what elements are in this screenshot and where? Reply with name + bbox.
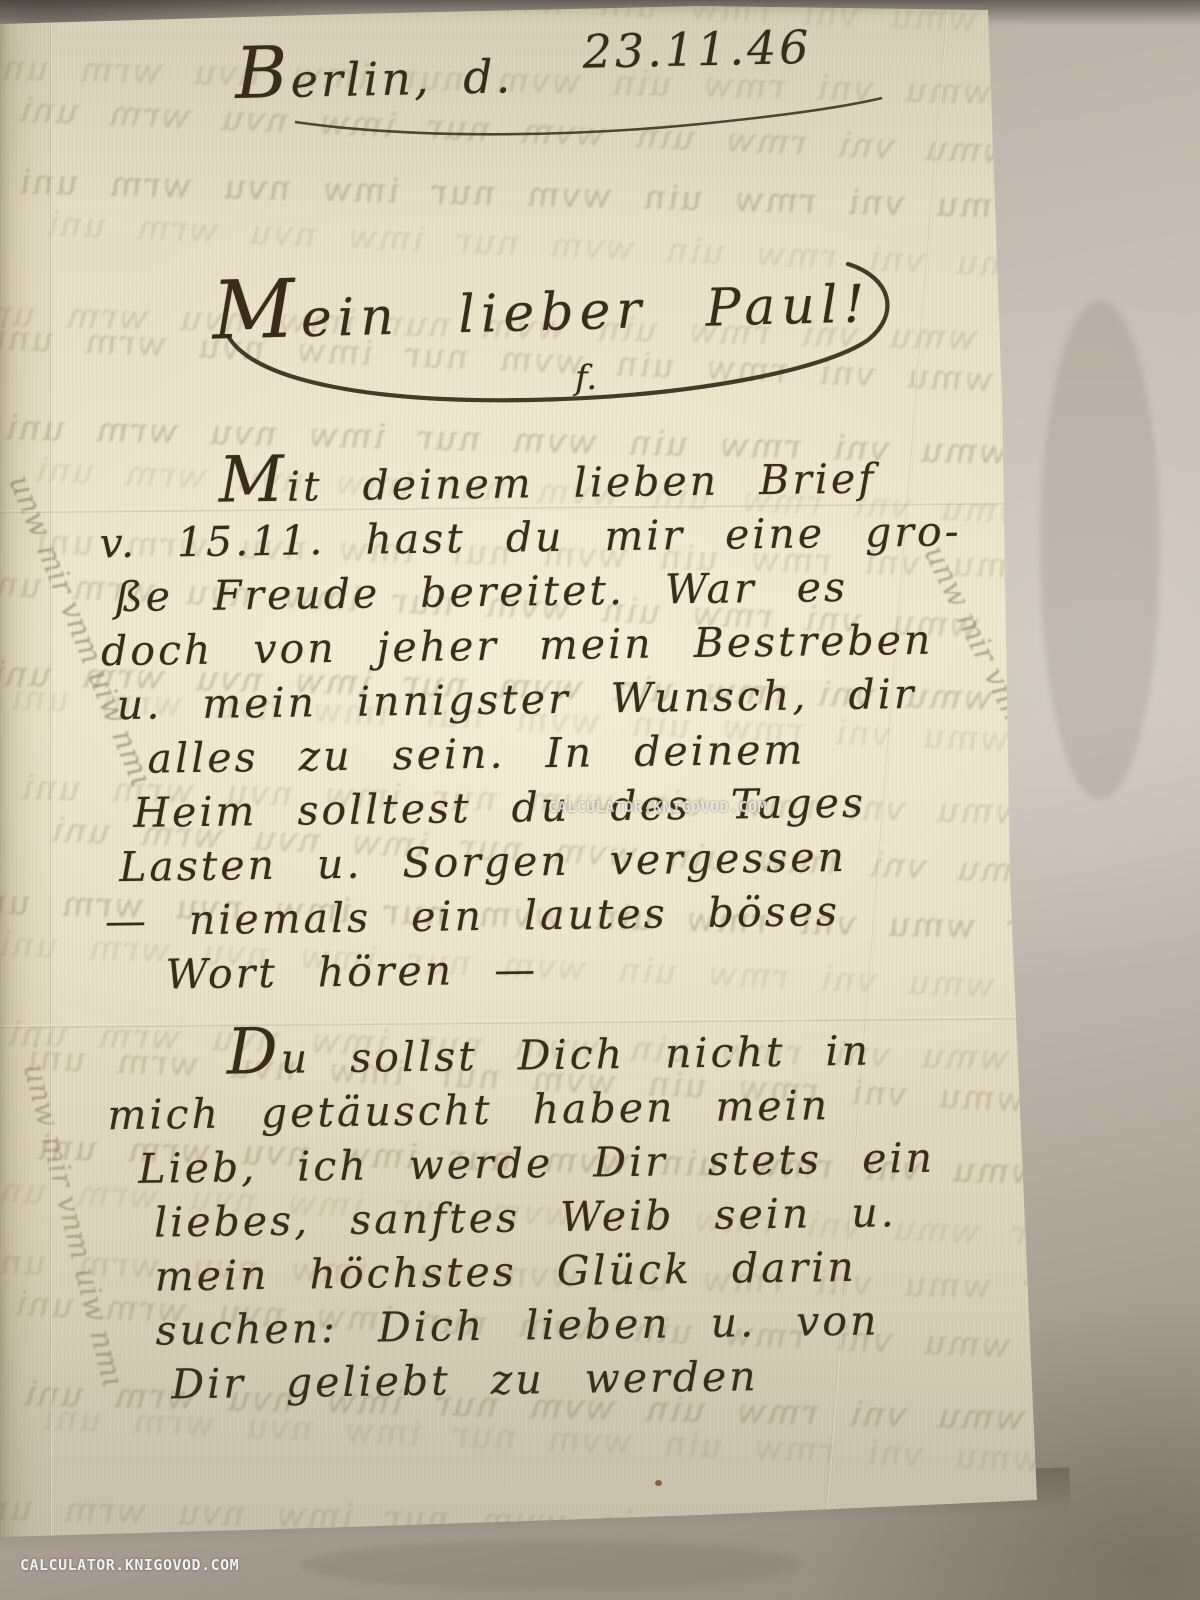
letter-line: Du sollst Dich nicht in bbox=[226, 1014, 1007, 1087]
dateline-place: Berlin, d. bbox=[234, 26, 514, 115]
letter-line: Mit deinem lieben Brief bbox=[218, 442, 999, 515]
letter-paragraph: Mit deinem lieben Brief v. 15.11. hast d… bbox=[98, 442, 1006, 1003]
watermark-bottom-left: CALCULATOR.KNIGOVOD.COM bbox=[20, 1556, 239, 1574]
salutation: Mein lieber Paul! bbox=[211, 247, 871, 358]
watermark-center: CALCULATOR.KNIGOVOD.COM bbox=[548, 798, 767, 816]
letter-paragraph: Du sollst Dich nicht in mich getäuscht h… bbox=[106, 1014, 1011, 1413]
letter-photo: unw mir vnm uiw nmu wvn imr unm viw mnu … bbox=[0, 0, 1200, 1600]
ink-speck bbox=[655, 1480, 662, 1486]
letter-line: Wort hören — bbox=[165, 936, 1006, 1002]
letter-body: Mit deinem lieben Brief v. 15.11. hast d… bbox=[98, 442, 1011, 1412]
marble-vein bbox=[1040, 300, 1160, 800]
paragraph-mark: f. bbox=[575, 358, 597, 398]
dateline: Berlin, d. 23.11.46 bbox=[234, 20, 812, 115]
dateline-date: 23.11.46 bbox=[582, 20, 813, 108]
